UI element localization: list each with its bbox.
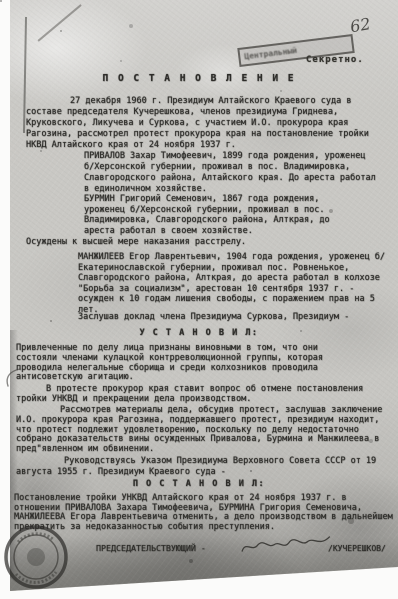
postanovil-heading: П О С Т А Н О В И Л: — [0, 479, 398, 490]
paragraph-findings: Привлеченные по делу лица признаны винов… — [16, 344, 360, 383]
paragraph-legal-basis: Руководствуясь Указом Президиума Верховн… — [16, 456, 386, 477]
presiding-judge-name: /КУЧЕРЕШКОВ/ — [328, 543, 398, 554]
paragraph-sentence-note: Осуждены к высшей мере наказания расстре… — [26, 237, 386, 248]
paragraph-report-heard: Заслушав доклад члена Президиума Суркова… — [26, 312, 386, 323]
paragraph-protest: В протесте прокурор края ставит вопрос о… — [16, 384, 384, 404]
ustanovil-heading: У С Т А Н О В И Л: — [0, 328, 398, 339]
pen-checkmark-artifact — [2, 366, 24, 392]
archive-registry-stamp-text: Центральный — [244, 46, 298, 61]
document-title: П О С Т А Н О В Л Е Н И Е — [0, 73, 398, 84]
paragraph-intro: 27 декабря 1960 г. Президиум Алтайского … — [26, 96, 384, 151]
secrecy-classification-label: Секретно. — [306, 55, 364, 65]
paragraph-manzhileev: МАНЖИЛЕЕВ Егор Лаврентьевич, 1904 года р… — [78, 252, 386, 315]
paragraph-privalov: ПРИВАЛОВ Захар Тимофеевич, 1899 года рож… — [84, 151, 376, 195]
presiding-judge-label: ПРЕДСЕДАТЕЛЬСТВУЮЩИЙ - — [96, 543, 296, 554]
scanned-document-page: 62 Центральный Секретно. П О С Т А Н О В… — [0, 0, 398, 599]
scan-specks-artifact — [0, 0, 2, 2]
paragraph-burmin: БУРМИН Григорий Семенович, 1867 года рож… — [84, 194, 356, 236]
round-seal-icon — [4, 522, 72, 596]
paragraph-review: Рассмотрев материалы дела, обсудив проте… — [16, 406, 394, 455]
